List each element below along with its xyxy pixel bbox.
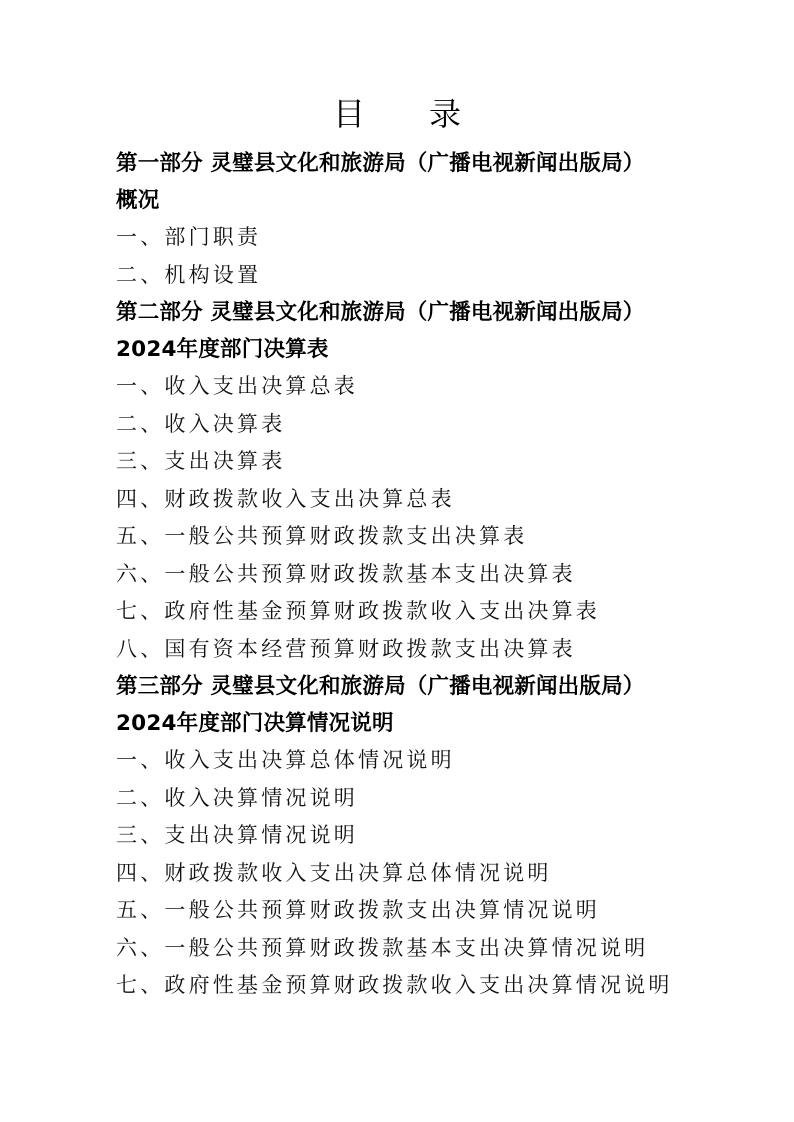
toc-item[interactable]: 五、一般公共预算财政拨款支出决算情况说明 bbox=[116, 892, 696, 930]
part-heading-line1: 第三部分 灵璧县文化和旅游局（广播电视新闻出版局） bbox=[116, 674, 645, 699]
toc-item[interactable]: 七、政府性基金预算财政拨款收入支出决算表 bbox=[116, 593, 696, 631]
part-heading-line1: 第二部分 灵璧县文化和旅游局（广播电视新闻出版局） bbox=[116, 300, 645, 325]
toc-item[interactable]: 二、收入决算表 bbox=[116, 406, 696, 444]
toc-item[interactable]: 五、一般公共预算财政拨款支出决算表 bbox=[116, 518, 696, 556]
table-of-contents: 第一部分 灵璧县文化和旅游局（广播电视新闻出版局） 概况 一、部门职责 二、机构… bbox=[116, 145, 696, 1005]
toc-part-2: 第二部分 灵璧县文化和旅游局（广播电视新闻出版局） 2024年度部门决算表 一、… bbox=[116, 294, 696, 668]
part-heading-line1: 第一部分 灵璧县文化和旅游局（广播电视新闻出版局） bbox=[116, 151, 645, 176]
toc-item[interactable]: 二、收入决算情况说明 bbox=[116, 780, 696, 818]
toc-title-char-2: 录 bbox=[429, 92, 461, 136]
toc-item[interactable]: 一、部门职责 bbox=[116, 219, 696, 257]
document-page: 目录 第一部分 灵璧县文化和旅游局（广播电视新闻出版局） 概况 一、部门职责 二… bbox=[0, 0, 794, 1122]
toc-item[interactable]: 四、财政拨款收入支出决算总表 bbox=[116, 481, 696, 519]
part-heading-line2: 2024年度部门决算情况说明 bbox=[116, 705, 696, 742]
toc-title: 目录 bbox=[0, 92, 794, 136]
toc-item[interactable]: 四、财政拨款收入支出决算总体情况说明 bbox=[116, 855, 696, 893]
toc-item[interactable]: 三、支出决算情况说明 bbox=[116, 817, 696, 855]
toc-item[interactable]: 七、政府性基金预算财政拨款收入支出决算情况说明 bbox=[116, 967, 696, 1005]
toc-item[interactable]: 六、一般公共预算财政拨款基本支出决算情况说明 bbox=[116, 930, 696, 968]
toc-item[interactable]: 三、支出决算表 bbox=[116, 443, 696, 481]
toc-item[interactable]: 六、一般公共预算财政拨款基本支出决算表 bbox=[116, 556, 696, 594]
toc-part-3: 第三部分 灵璧县文化和旅游局（广播电视新闻出版局） 2024年度部门决算情况说明… bbox=[116, 668, 696, 1005]
toc-item[interactable]: 一、收入支出决算总体情况说明 bbox=[116, 742, 696, 780]
toc-part-1: 第一部分 灵璧县文化和旅游局（广播电视新闻出版局） 概况 一、部门职责 二、机构… bbox=[116, 145, 696, 294]
toc-item[interactable]: 一、收入支出决算总表 bbox=[116, 368, 696, 406]
part-heading-line2: 2024年度部门决算表 bbox=[116, 331, 696, 368]
toc-item[interactable]: 八、国有资本经营预算财政拨款支出决算表 bbox=[116, 631, 696, 669]
part-heading[interactable]: 第一部分 灵璧县文化和旅游局（广播电视新闻出版局） 概况 bbox=[116, 145, 696, 219]
part-heading[interactable]: 第二部分 灵璧县文化和旅游局（广播电视新闻出版局） 2024年度部门决算表 bbox=[116, 294, 696, 368]
toc-item[interactable]: 二、机构设置 bbox=[116, 257, 696, 295]
part-heading[interactable]: 第三部分 灵璧县文化和旅游局（广播电视新闻出版局） 2024年度部门决算情况说明 bbox=[116, 668, 696, 742]
toc-title-char-1: 目 bbox=[333, 92, 365, 136]
part-heading-line2: 概况 bbox=[116, 182, 696, 219]
